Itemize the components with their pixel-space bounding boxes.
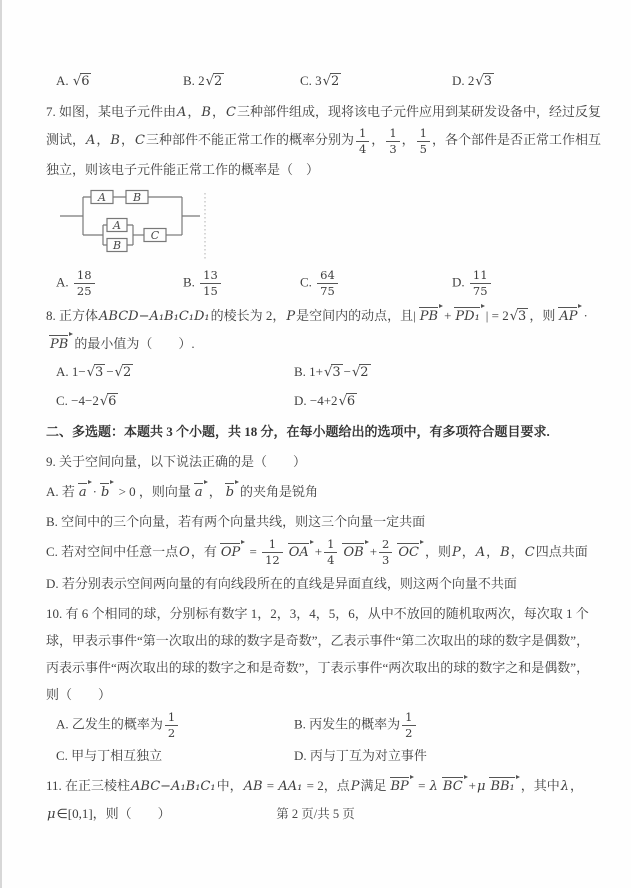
sqrt-expression: √3 (87, 365, 106, 380)
math-variable: P (451, 545, 462, 560)
math-variable: C (134, 133, 146, 148)
q8-options-row-2: C. −4−2√6 D. −4+2√6 (56, 389, 601, 414)
math-variable: ABCD−A₁B₁C₁D₁ (98, 309, 211, 324)
sqrt-expression: √6 (339, 394, 358, 409)
fraction-denominator: 3 (386, 142, 399, 156)
vector-expression: OP (219, 543, 244, 560)
sqrt-expression: √2 (323, 74, 342, 89)
fraction-numerator: 64 (317, 269, 338, 284)
q7-option-b: B. 1315 (183, 269, 300, 298)
fraction: 1175 (470, 269, 491, 298)
vector-expression: BP (389, 777, 413, 794)
vector-expression: b (99, 483, 113, 500)
sqrt-expression: √3 (475, 74, 494, 89)
vector-expression: a (77, 483, 91, 500)
fraction: 14 (356, 127, 369, 156)
fraction-denominator: 2 (402, 726, 415, 740)
vector-expression: PB (418, 307, 442, 324)
sqrt-expression: √2 (115, 365, 134, 380)
math-variable: λ (429, 779, 439, 794)
q10-option-a: A. 乙发生的概率为12 (56, 711, 294, 740)
page-content: A. √6 B. 2√2 C. 3√2 D. 2√3 7. 如图，某电子元件由A… (0, 0, 631, 828)
vector-expression: OB (341, 543, 367, 560)
q8-options-row-1: A. 1−√3−√2 B. 1+√3−√2 (56, 360, 601, 385)
fraction-numerator: 1 (356, 127, 369, 142)
component-label-inner-b: B (112, 238, 121, 251)
fraction-numerator: 1 (324, 538, 337, 553)
math-variable: AA₁ (277, 779, 303, 794)
math-variable: B (499, 545, 511, 560)
fraction: 1825 (74, 269, 95, 298)
vector-expression: b (224, 483, 238, 500)
vector-expression: AP (557, 307, 581, 324)
component-label-c: C (151, 228, 160, 241)
radical-sign: √ (475, 74, 482, 89)
radicand: 2 (359, 364, 370, 380)
radical-sign: √ (339, 394, 346, 409)
circuit-svg: A B A B C (58, 187, 268, 263)
fraction-numerator: 1 (386, 127, 399, 142)
fraction: 1315 (200, 269, 221, 298)
exam-page: A. √6 B. 2√2 C. 3√2 D. 2√3 7. 如图，某电子元件由A… (0, 0, 631, 888)
vector-expression: a (193, 483, 207, 500)
section-2-header: 二、多选题：本题共 3 个小题，共 18 分，在每小题给出的选项中，有多项符合题… (46, 418, 601, 445)
math-variable: μ (476, 779, 486, 794)
fraction-numerator: 13 (200, 269, 221, 284)
math-variable: AB (243, 779, 264, 794)
q9-option-a: A. 若a·b > 0 ，则向量a，b的夹角是锐角 (46, 478, 601, 505)
q6-option-d: D. 2√3 (452, 69, 495, 94)
q6-options-row: A. √6 B. 2√2 C. 3√2 D. 2√3 (56, 69, 601, 94)
vector-expression: BB₁ (488, 777, 518, 794)
math-variable: P (350, 779, 361, 794)
fraction-denominator: 4 (324, 553, 337, 567)
q10-options-row-2: C. 甲与丁相互独立 D. 丙与丁互为对立事件 (56, 744, 601, 768)
math-variable: C (524, 545, 536, 560)
q7-option-c: C. 6475 (300, 269, 452, 298)
fraction: 6475 (317, 269, 338, 298)
fraction: 13 (386, 127, 399, 156)
math-variable: A (176, 105, 187, 120)
fraction: 14 (324, 538, 337, 567)
radicand: 3 (517, 308, 528, 324)
q8-option-a: A. 1−√3−√2 (56, 360, 294, 385)
fraction-numerator: 1 (262, 538, 283, 553)
sqrt-expression: √3 (510, 309, 529, 324)
math-variable: A (475, 545, 486, 560)
sqrt-expression: √6 (100, 394, 119, 409)
radicand: 2 (122, 364, 133, 380)
math-variable: O (178, 545, 191, 560)
q10-option-b: B. 丙发生的概率为12 (294, 711, 418, 740)
radical-sign: √ (115, 365, 122, 380)
math-variable: P (285, 309, 296, 324)
radical-sign: √ (510, 309, 517, 324)
q9-option-b: B. 空间中的三个向量，若有两个向量共线，则这三个向量一定共面 (46, 508, 601, 535)
component-label-outer-a: A (97, 190, 106, 203)
radicand: 3 (94, 364, 105, 380)
question-10-stem: 10. 有 6 个相同的球，分别标有数字 1，2，3，4，5，6，从中不放回的随… (46, 600, 601, 708)
q6-option-b: B. 2√2 (183, 69, 300, 94)
radicand: 2 (330, 73, 341, 89)
fraction-denominator: 75 (470, 284, 491, 298)
radical-sign: √ (87, 365, 94, 380)
vector-expression: OC (396, 543, 423, 560)
fraction-numerator: 18 (74, 269, 95, 284)
radical-sign: √ (323, 74, 330, 89)
component-label-inner-a: A (112, 218, 121, 231)
vector-expression: PD₁ (453, 307, 483, 324)
component-label-outer-b: B (132, 190, 141, 203)
fraction-denominator: 15 (200, 284, 221, 298)
q7-option-a: A. 1825 (56, 269, 183, 298)
radical-sign: √ (206, 74, 213, 89)
radicand: 3 (331, 364, 342, 380)
fraction: 23 (379, 538, 392, 567)
q9-option-c: C. 若对空间中任意一点O，有OP = 112OA+14OB+23OC，则P，A… (46, 538, 601, 568)
q6-option-c: C. 3√2 (300, 69, 452, 94)
math-variable: ABC−A₁B₁C₁ (130, 779, 217, 794)
fraction-numerator: 11 (470, 269, 491, 284)
fraction-denominator: 25 (74, 284, 95, 298)
page-footer: 第 2 页/共 5 页 (0, 804, 631, 822)
question-8-stem: 8. 正方体ABCD−A₁B₁C₁D₁的棱长为 2，P是空间内的动点，且|PB+… (46, 302, 601, 357)
fraction-numerator: 1 (417, 127, 430, 142)
fraction-denominator: 4 (356, 142, 369, 156)
radicand: 6 (346, 393, 357, 409)
fraction-numerator: 1 (402, 711, 415, 726)
fraction: 15 (417, 127, 430, 156)
fraction: 12 (402, 711, 415, 740)
q10-option-c: C. 甲与丁相互独立 (56, 744, 294, 768)
vector-expression: BC (441, 777, 467, 794)
question-9-stem: 9. 关于空间向量，以下说法正确的是（ ） (46, 448, 601, 475)
circuit-diagram: A B A B C (58, 187, 601, 263)
fraction-denominator: 3 (379, 553, 392, 567)
fraction-denominator: 12 (262, 553, 283, 567)
q10-option-d: D. 丙与丁互为对立事件 (294, 744, 427, 768)
q7-option-d: D. 1175 (452, 269, 493, 298)
math-variable: B (200, 105, 212, 120)
vector-expression: PB (48, 335, 72, 352)
fraction-denominator: 75 (317, 284, 338, 298)
question-7-stem: 7. 如图，某电子元件由A，B，C三种部件组成，现将该电子元件应用到某研发设备中… (46, 98, 601, 183)
radicand: 3 (483, 73, 494, 89)
sqrt-expression: √2 (206, 74, 225, 89)
fraction: 12 (165, 711, 178, 740)
sqrt-expression: √3 (324, 365, 343, 380)
math-variable: A (85, 133, 96, 148)
sqrt-expression: √6 (73, 74, 92, 89)
fraction: 112 (262, 538, 283, 567)
math-variable: C (225, 105, 237, 120)
fraction-numerator: 1 (165, 711, 178, 726)
vector-expression: OA (287, 543, 313, 560)
sqrt-expression: √2 (352, 365, 371, 380)
fraction-denominator: 2 (165, 726, 178, 740)
fraction-numerator: 2 (379, 538, 392, 553)
radicand: 6 (107, 393, 118, 409)
q10-options-row-1: A. 乙发生的概率为12 B. 丙发生的概率为12 (56, 711, 601, 740)
q8-option-b: B. 1+√3−√2 (294, 360, 372, 385)
fraction-denominator: 5 (417, 142, 430, 156)
q6-option-a: A. √6 (56, 69, 183, 94)
radicand: 2 (213, 73, 224, 89)
math-variable: B (109, 133, 121, 148)
q9-option-d: D. 若分别表示空间两向量的有向线段所在的直线是异面直线，则这两个向量不共面 (46, 570, 601, 597)
math-variable: λ (560, 779, 570, 794)
q7-options-row: A. 1825 B. 1315 C. 6475 D. 1175 (56, 269, 601, 298)
q8-option-c: C. −4−2√6 (56, 389, 294, 414)
radicand: 6 (80, 73, 91, 89)
q8-option-d: D. −4+2√6 (294, 389, 358, 414)
